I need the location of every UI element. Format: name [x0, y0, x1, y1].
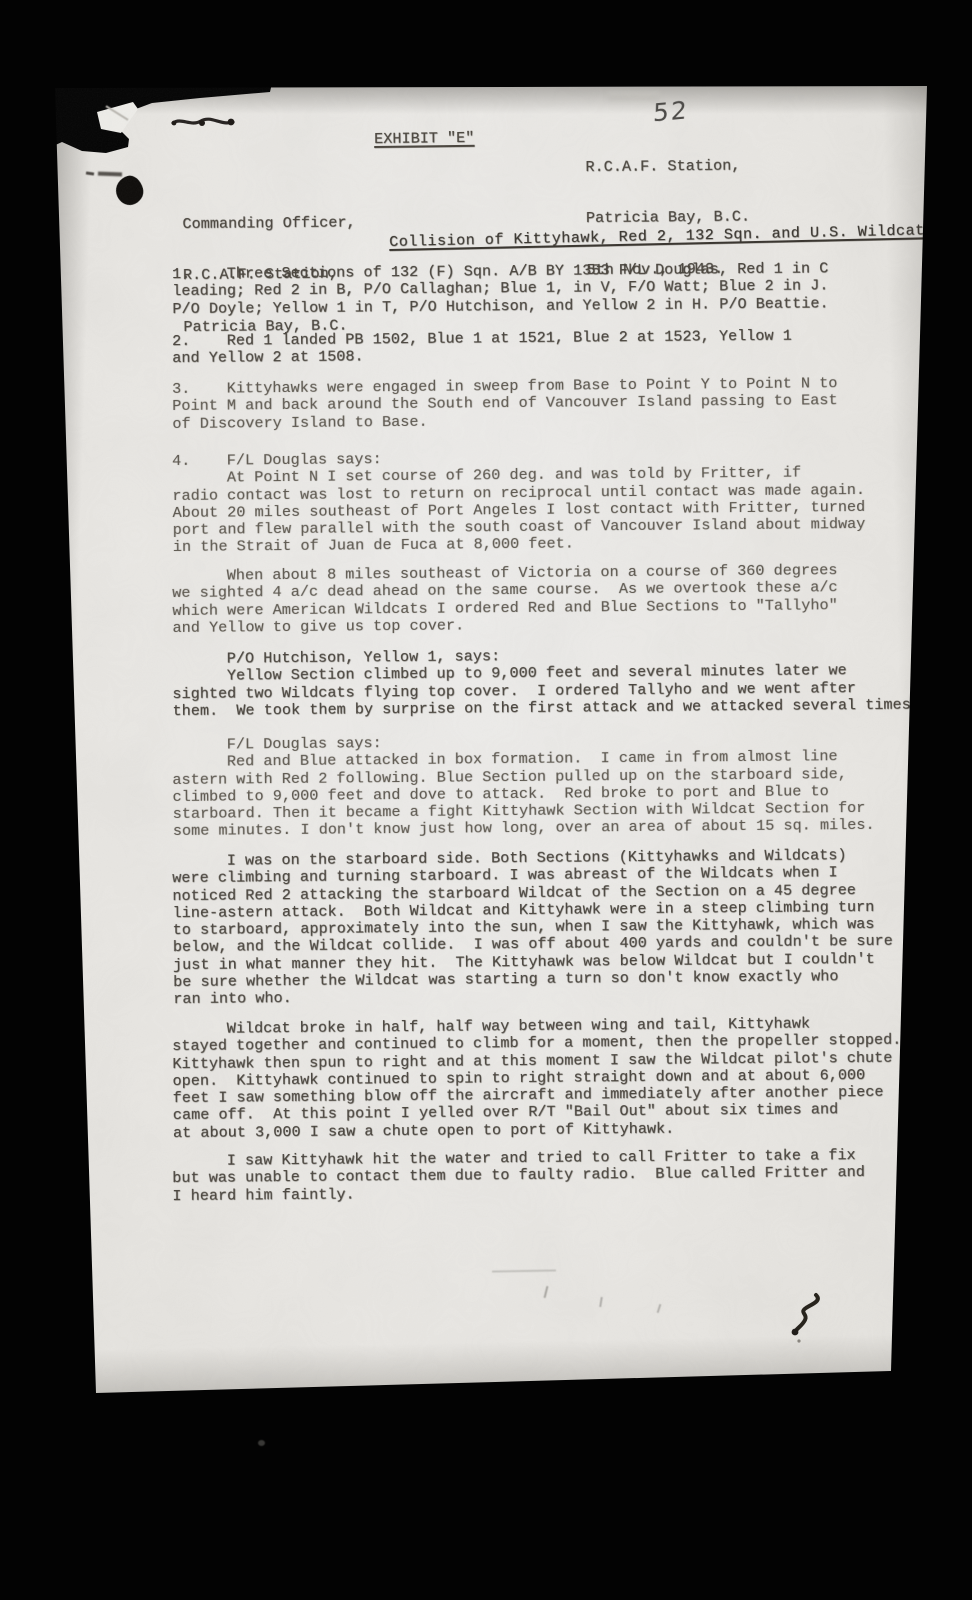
- smudge-mark: [657, 1304, 662, 1313]
- paragraph-7: F/L Douglas says: Red and Blue attacked …: [172, 731, 875, 841]
- speck: [258, 1440, 265, 1446]
- paragraph-2: 2. Red 1 landed PB 1502, Blue 1 at 1521,…: [172, 328, 792, 368]
- scan-shadow-left: [3, 84, 94, 1415]
- handwritten-squiggle: [789, 1292, 825, 1346]
- smudge-mark: [492, 1269, 556, 1272]
- torn-corner: [0, 0, 300, 200]
- paragraph-5: When about 8 miles southeast of Victoria…: [172, 562, 838, 637]
- paragraph-8: I was on the starboard side. Both Sectio…: [172, 847, 893, 1009]
- paragraph-9: Wildcat broke in half, half way between …: [172, 1015, 902, 1142]
- smudge-mark: [544, 1286, 549, 1298]
- paragraph-10: I saw Kittyhawk hit the water and tried …: [172, 1147, 865, 1205]
- paragraph-4: 4. F/L Douglas says: At Point N I set co…: [172, 447, 866, 557]
- addressee-line: Commanding Officer,: [182, 214, 355, 233]
- smudge-mark: [599, 1297, 603, 1307]
- smudge-mark: [608, 92, 660, 100]
- document-page: 52 EXHIBIT "E" R.C.A.F. Station, Patrici…: [0, 0, 972, 1600]
- scan-shadow-right: [882, 84, 966, 1385]
- paragraph-3: 3. Kittyhawks were engaged in sweep from…: [172, 375, 838, 433]
- paragraph-6: P/O Hutchison, Yellow 1, says: Yellow Se…: [172, 644, 920, 720]
- letterhead-line: R.C.A.F. Station,: [585, 157, 749, 176]
- pen-dash: [98, 172, 122, 176]
- pen-scratch-mark: [171, 114, 237, 134]
- paragraph-1: 1. Three Sections of 132 (F) Sqn. A/B BY…: [172, 260, 829, 318]
- ink-blot: [113, 173, 147, 208]
- exhibit-label: EXHIBIT "E": [374, 130, 474, 149]
- pen-dash: [86, 171, 94, 175]
- scanned-document-view: 52 EXHIBIT "E" R.C.A.F. Station, Patrici…: [0, 0, 972, 1600]
